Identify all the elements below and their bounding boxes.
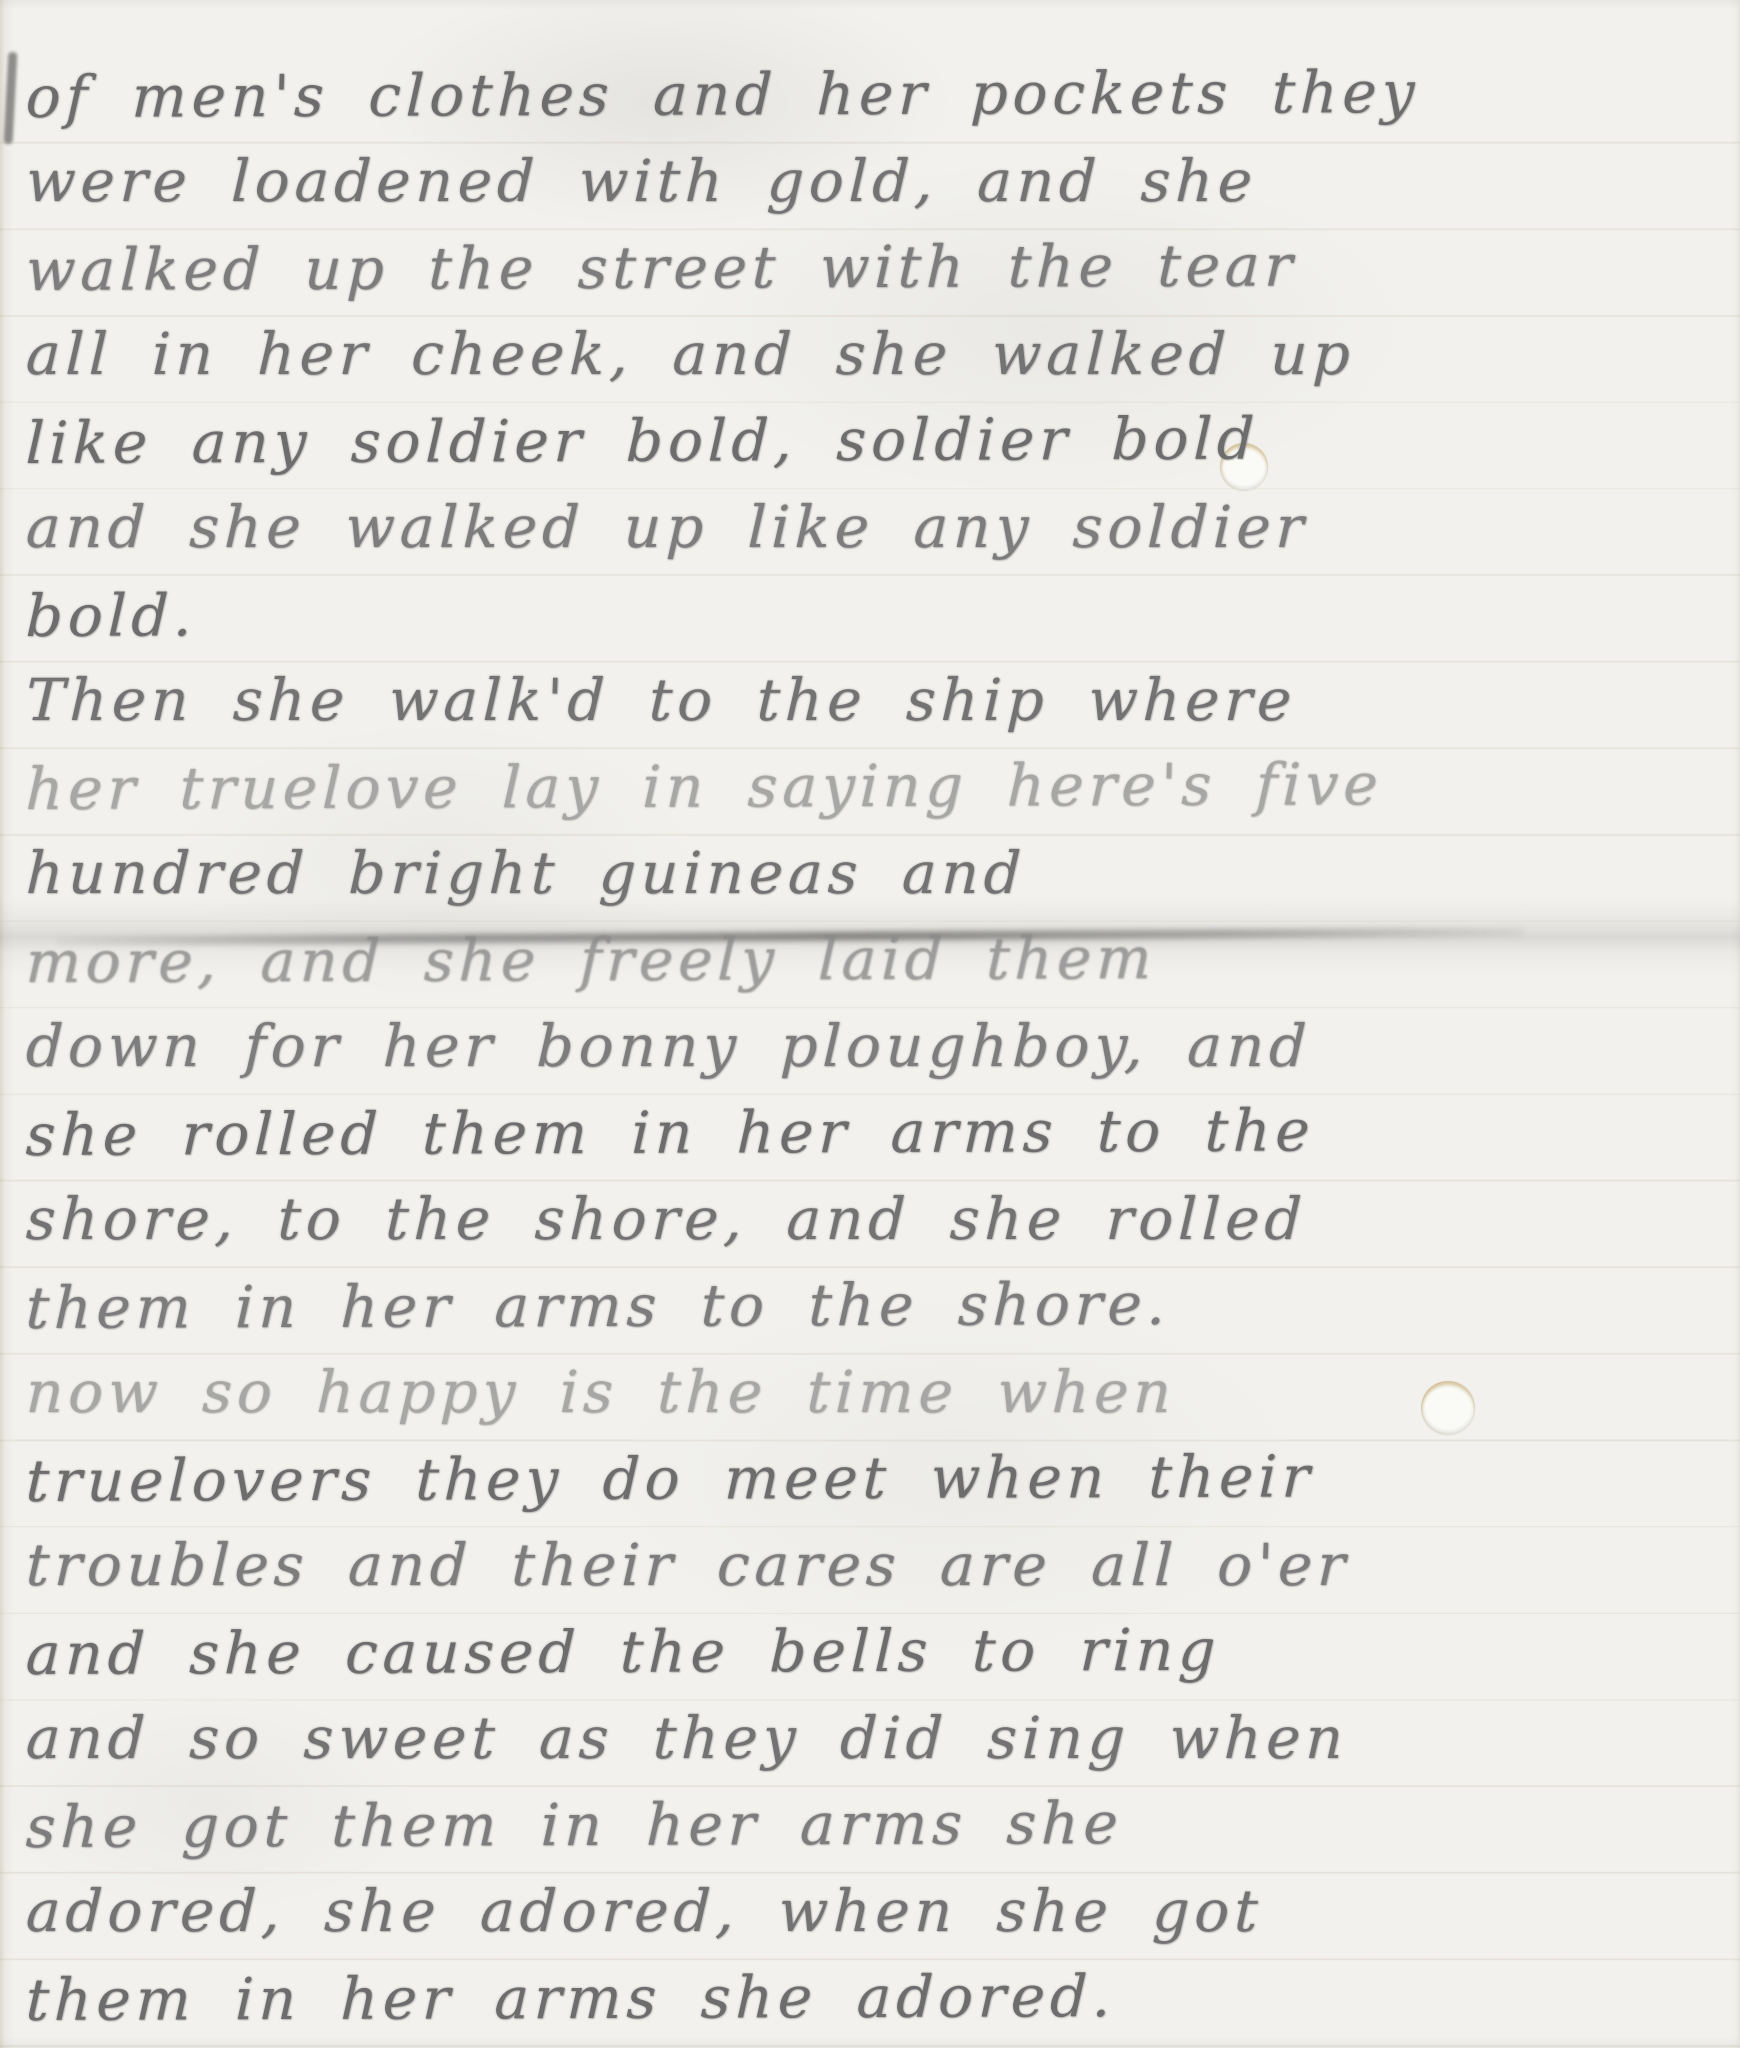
handwritten-line: all in her cheek, and she walked up: [25, 320, 1727, 390]
ruled-lines: [0, 0, 1740, 2048]
handwritten-line: truelovers they do meet when their: [25, 1441, 1727, 1517]
handwritten-line: more, and she freely laid them: [25, 922, 1727, 998]
handwritten-line: now so happy is the time when: [25, 1358, 1727, 1428]
handwritten-line: she got them in her arms she: [25, 1787, 1727, 1863]
handwritten-line: were loadened with gold, and she: [25, 147, 1727, 217]
handwritten-line: her truelove lay in saying here's five: [25, 749, 1727, 825]
punch-hole-icon: [1220, 443, 1268, 491]
handwritten-line: she rolled them in her arms to the: [25, 1095, 1727, 1171]
handwritten-line: hundred bright guineas and: [25, 839, 1727, 909]
handwritten-line: them in her arms to the shore.: [25, 1268, 1727, 1344]
manuscript-page: of men's clothes and her pockets they we…: [0, 0, 1740, 2048]
handwritten-line: bold.: [25, 576, 1727, 652]
handwritten-line: and so sweet as they did sing when: [25, 1704, 1727, 1774]
handwritten-line: of men's clothes and her pockets they: [25, 57, 1727, 133]
graphite-smear: [55, 928, 1525, 946]
paper-crease: [0, 898, 1740, 976]
handwritten-line: down for her bonny ploughboy, and: [25, 1012, 1727, 1082]
handwritten-line: troubles and their cares are all o'er: [25, 1531, 1727, 1601]
handwritten-line: and she caused the bells to ring: [25, 1614, 1727, 1690]
handwritten-line: and she walked up like any soldier: [25, 493, 1727, 563]
edge-pencil-mark: [4, 52, 18, 144]
handwritten-line: Then she walk'd to the ship where: [25, 666, 1727, 736]
handwritten-line: like any soldier bold, soldier bold: [25, 403, 1727, 479]
punch-hole-icon: [1421, 1381, 1475, 1435]
handwritten-line: shore, to the shore, and she rolled: [25, 1185, 1727, 1255]
handwritten-line: adored, she adored, when she got: [25, 1877, 1727, 1947]
handwritten-line: them in her arms she adored.: [25, 1960, 1727, 2036]
handwritten-line: walked up the street with the tear: [25, 230, 1727, 306]
